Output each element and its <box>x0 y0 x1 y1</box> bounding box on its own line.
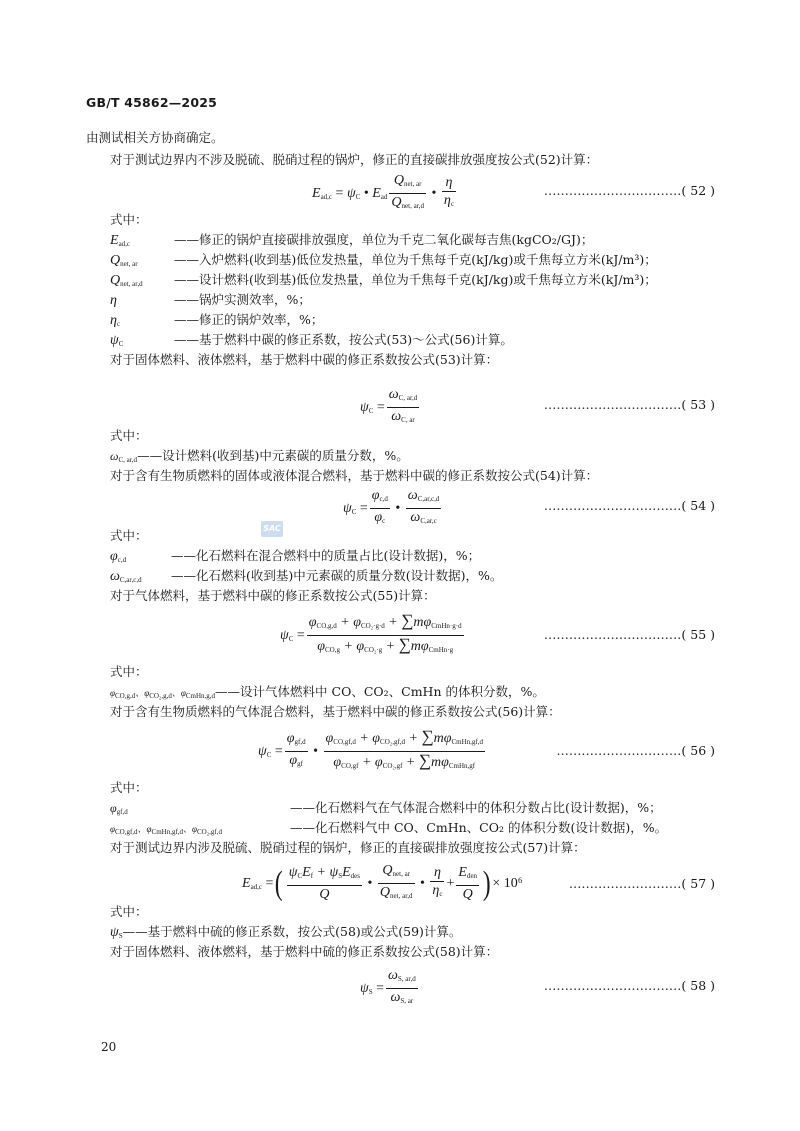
definition-row: η——锅炉实测效率，%； <box>110 292 311 309</box>
paragraph: 对于固体燃料、液体燃料，基于燃料中碳的修正系数按公式(53)计算： <box>110 352 498 368</box>
paragraph: 对于测试边界内不涉及脱硫、脱硝过程的锅炉，修正的直接碳排放强度按公式(52)计算… <box>110 152 598 168</box>
paragraph: 对于测试边界内涉及脱硫、脱硝过程的锅炉，修正的直接碳排放强度按公式(57)计算： <box>110 840 586 856</box>
equation-55: ψC = φCO,g,d + φCO₂·g·d + ∑mφCmHn·g·d φC… <box>280 612 466 659</box>
paragraph: 对于气体燃料，基于燃料中碳的修正系数按公式(55)计算： <box>110 588 436 604</box>
where-label: 式中： <box>110 780 148 796</box>
definition-row: φgf,d——化石燃料气在气体混合燃料中的体积分数占比(设计数据)，%； <box>110 800 662 820</box>
equation-57: Ead,c =( ψCEf + ψSEdesQ • Qnet, arQnet, … <box>242 862 523 905</box>
equation-number: ………………………( 57 ) <box>569 876 715 891</box>
definition-row: φCO,g,d、φCO₂,g,d、φCmHn,g,d——设计气体燃料中 CO、C… <box>110 684 545 704</box>
definition-row: ψS——基于燃料中硫的修正系数，按公式(58)或公式(59)计算。 <box>110 924 461 944</box>
page-number: 20 <box>101 1040 116 1054</box>
paragraph: 对于含有生物质燃料的固体或液体混合燃料，基于燃料中碳的修正系数按公式(54)计算… <box>110 468 598 484</box>
where-label: 式中： <box>110 428 148 444</box>
definition-row: ωC, ar,d——设计燃料(收到基)中元素碳的质量分数，%。 <box>110 448 409 468</box>
definition-row: Ead,c——修正的锅炉直接碳排放强度，单位为千克二氧化碳每吉焦(kgCO₂/G… <box>110 232 593 252</box>
standard-code: GB/T 45862—2025 <box>86 95 217 110</box>
equation-58: ψS =ωS, ar,dωS, ar <box>360 967 420 1010</box>
definition-row: ωC,ar,c,d——化石燃料(收到基)中元素碳的质量分数(设计数据)，%。 <box>110 568 502 588</box>
where-label: 式中： <box>110 212 148 228</box>
sac-watermark: SAC <box>261 521 283 537</box>
equation-56: ψC =φgf,dφgf • φCO,gf,d + φCO₂,gf,d + ∑m… <box>258 728 487 775</box>
definition-row: ηc——修正的锅炉效率，%； <box>110 312 323 332</box>
definition-row: φc,d——化石燃料在混合燃料中的质量占比(设计数据)，%； <box>110 548 480 568</box>
where-label: 式中： <box>110 904 148 920</box>
paragraph: 由测试相关方协商确定。 <box>86 130 224 146</box>
where-label: 式中： <box>110 664 148 680</box>
definition-row: ψC——基于燃料中碳的修正系数，按公式(53)～公式(56)计算。 <box>110 332 513 352</box>
paragraph: 对于固体燃料、液体燃料，基于燃料中硫的修正系数按公式(58)计算： <box>110 944 498 960</box>
equation-number: ……………………………( 54 ) <box>544 498 715 513</box>
equation-54: ψC =φc,dφc • ωC,ar,c,dωC,ar,c <box>343 487 443 530</box>
equation-number: ……………………………( 53 ) <box>544 397 715 412</box>
definition-row: Qnet, ar,d——设计燃料(收到基)低位发热量，单位为千焦每千克(kJ/k… <box>110 272 657 292</box>
paragraph: 对于含有生物质燃料的气体混合燃料，基于燃料中碳的修正系数按公式(56)计算： <box>110 704 561 720</box>
equation-number: …………………………( 56 ) <box>556 743 715 758</box>
equation-53: ψC =ωC, ar,dωC, ar <box>360 386 421 429</box>
definition-row: Qnet, ar——入炉燃料(收到基)低位发热量，单位为千焦每千克(kJ/kg)… <box>110 252 657 272</box>
definition-row: φCO,gf,d、φCmHn,gf,d、φCO₂,gf,d——化石燃料气中 CO… <box>110 820 667 840</box>
equation-52: Ead,c = ψC • Ead Qnet, arQnet, ar,d • ηη… <box>312 172 458 215</box>
equation-number: ……………………………( 58 ) <box>544 978 715 993</box>
where-label: 式中： <box>110 528 148 544</box>
equation-number: ……………………………( 52 ) <box>544 183 715 198</box>
equation-number: ……………………………( 55 ) <box>544 627 715 642</box>
